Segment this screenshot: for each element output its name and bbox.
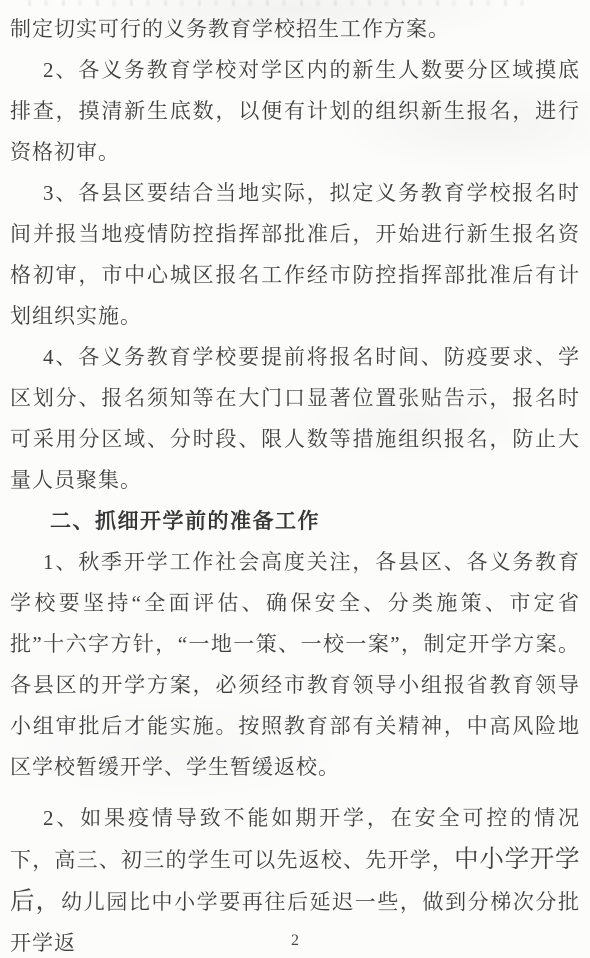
paragraph-item-3-enrollment: 3、各县区要结合当地实际，拟定义务教育学校报名时间并报当地疫情防控指挥部批准后，… — [10, 173, 580, 337]
paragraph-item-2-enrollment: 2、各义务教育学校对学区内的新生人数要分区域摸底排查，摸清新生底数，以便有计划的… — [10, 50, 580, 173]
paragraph-item-1-reopening: 1、秋季开学工作社会高度关注，各县区、各义务教育学校要坚持“全面评估、确保安全、… — [10, 542, 580, 788]
section-heading-preparation: 二、抓细开学前的准备工作 — [50, 501, 580, 542]
document-page: 制定切实可行的义务教育学校招生工作方案。 2、各义务教育学校对学区内的新生人数要… — [0, 0, 590, 958]
page-number: 2 — [0, 932, 590, 950]
paragraph-continuation: 制定切实可行的义务教育学校招生工作方案。 — [10, 9, 580, 50]
scan-artifact — [28, 0, 530, 6]
paragraph-item-4-enrollment: 4、各义务教育学校要提前将报名时间、防疫要求、学区划分、报名须知等在大门口显著位… — [10, 337, 580, 501]
